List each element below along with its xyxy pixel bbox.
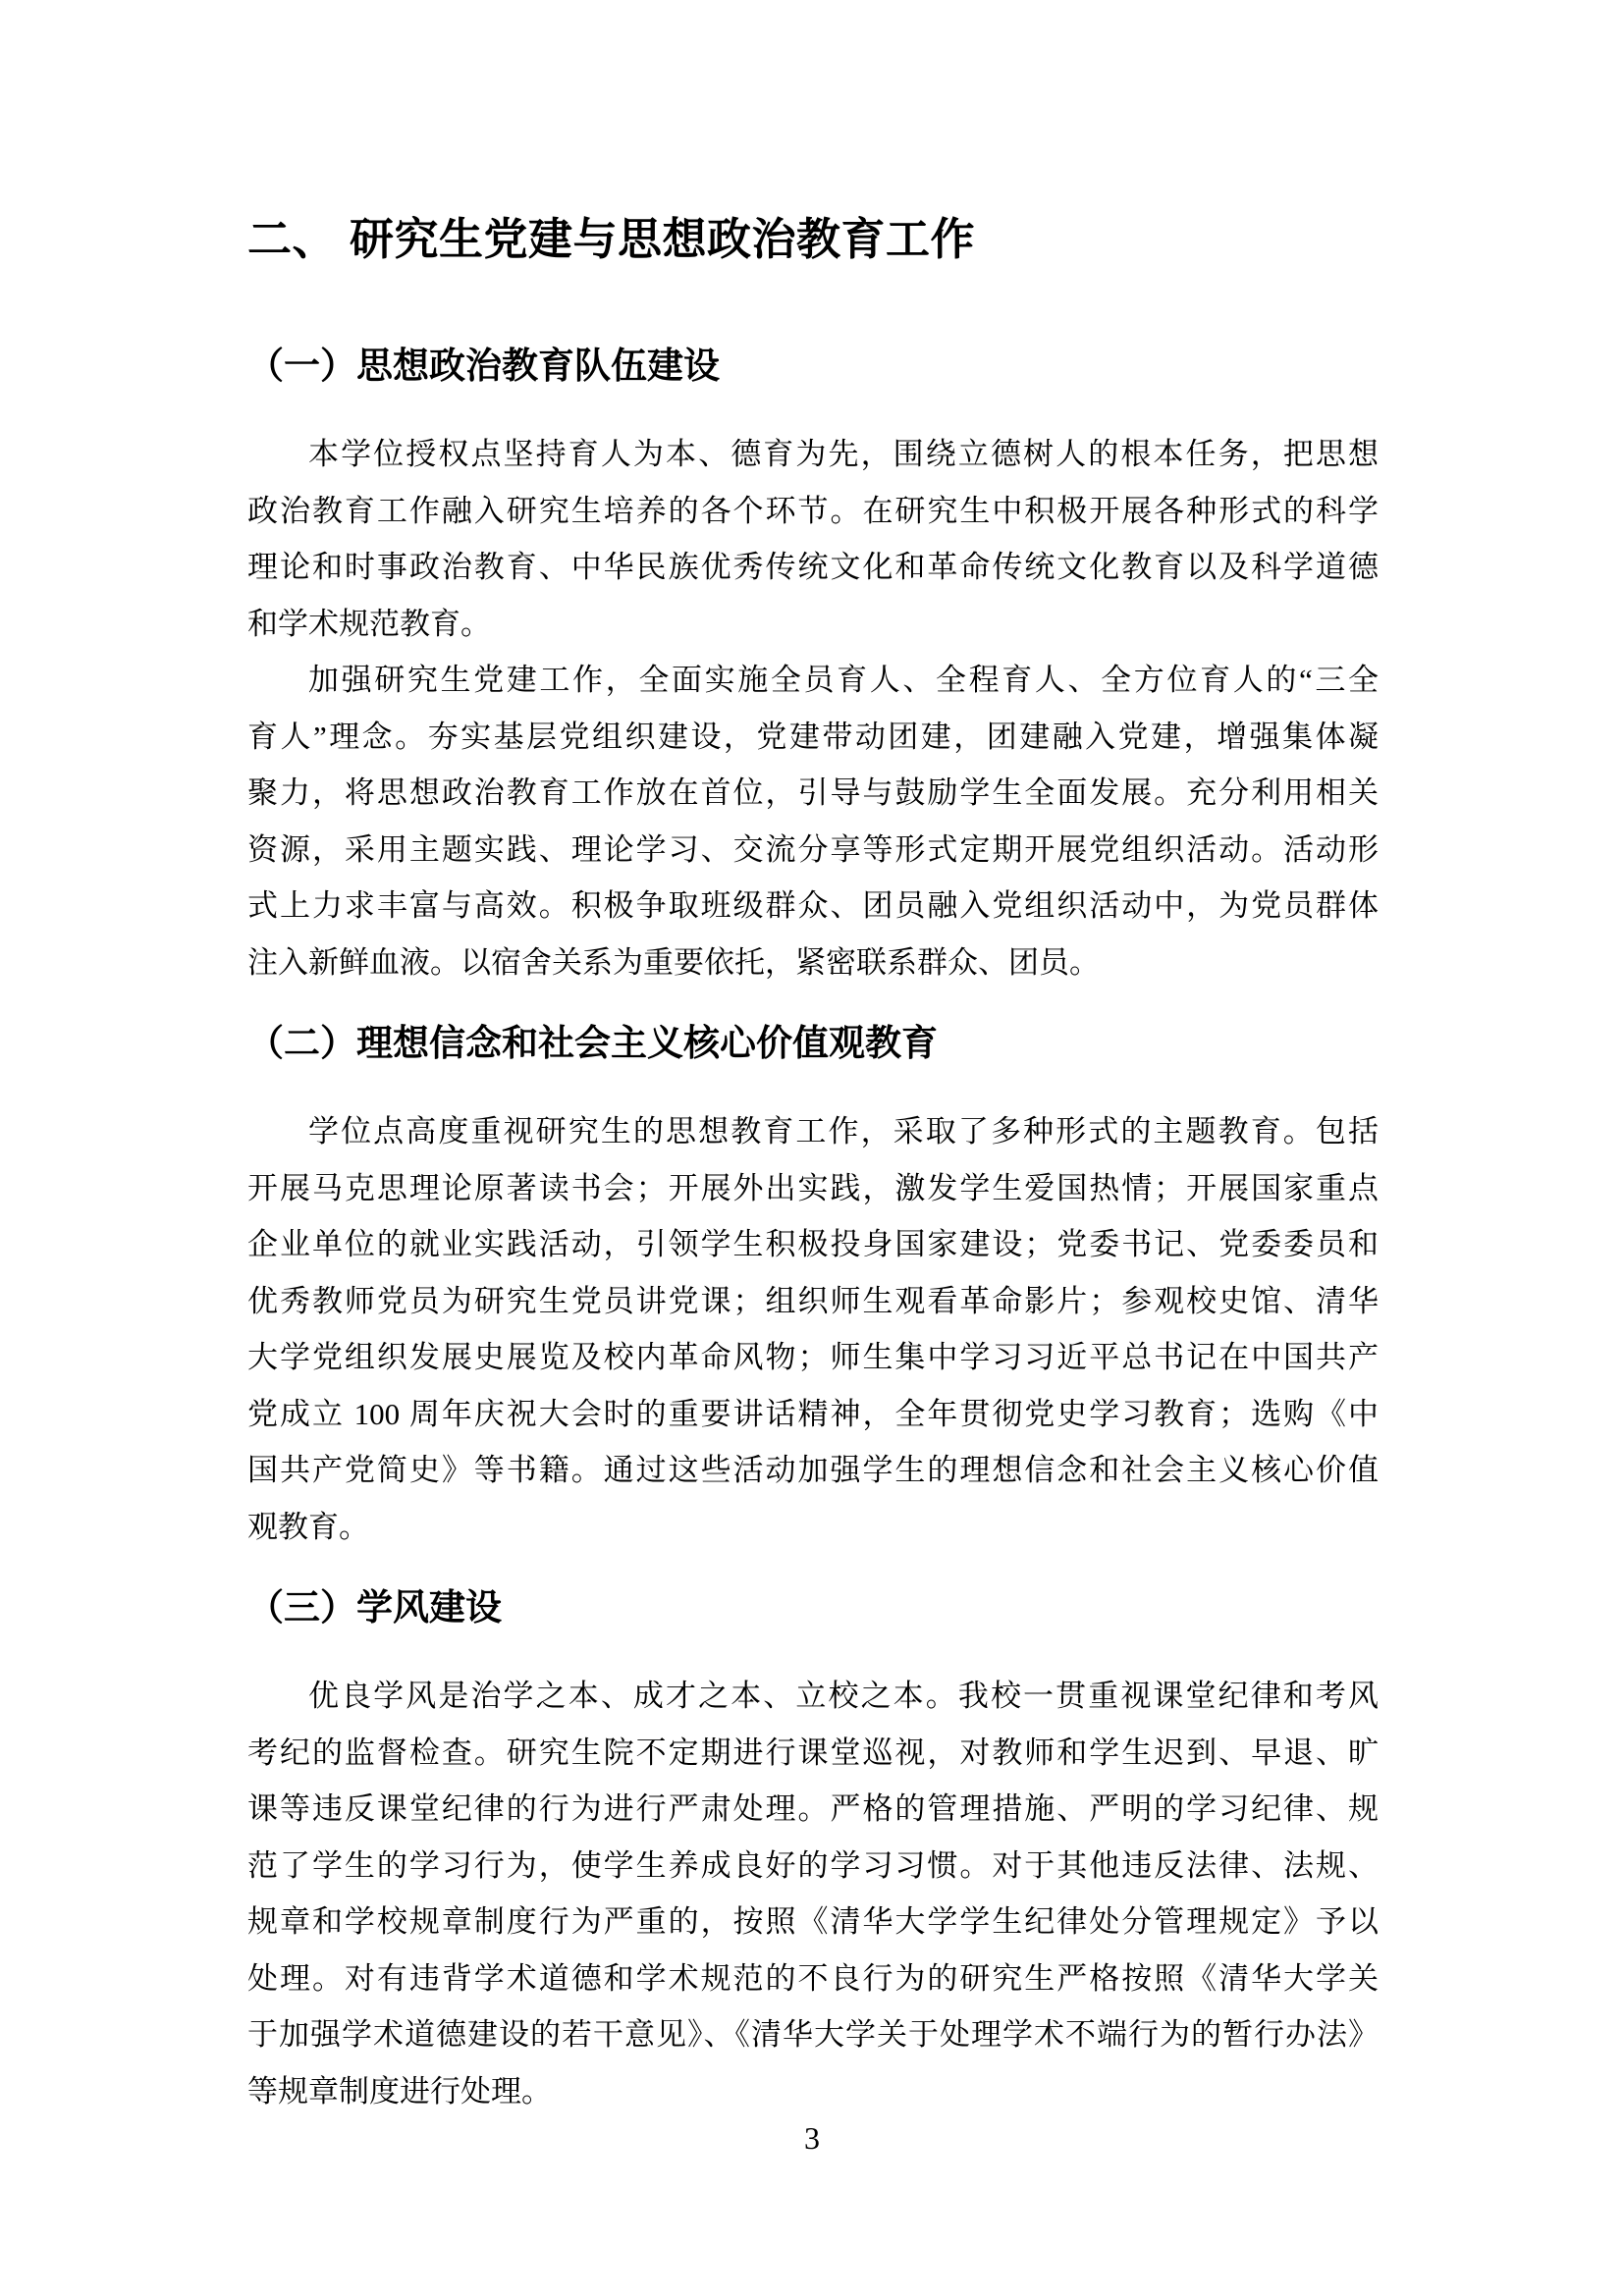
- text-line: 于加强学术道德建设的若干意见》、《清华大学关于处理学术不端行为的暂行办法》: [247, 2006, 1379, 2063]
- page-footer: 3: [0, 2118, 1624, 2158]
- document-title: 二、 研究生党建与思想政治教育工作: [247, 216, 1379, 262]
- text-line: 政治教育工作融入研究生培养的各个环节。在研究生中积极开展各种形式的科学: [247, 483, 1379, 540]
- text-line: 处理。对有违背学术道德和学术规范的不良行为的研究生严格按照《清华大学关: [247, 1950, 1379, 2007]
- text-line: 范了学生的学习行为，使学生养成良好的学习习惯。对于其他违反法律、法规、: [247, 1838, 1379, 1895]
- text-line: 本学位授权点坚持育人为本、德育为先，围绕立德树人的根本任务，把思想: [247, 426, 1379, 483]
- document-page: 二、 研究生党建与思想政治教育工作 （一）思想政治教育队伍建设本学位授权点坚持育…: [0, 0, 1624, 2296]
- text-line: 大学党组织发展史展览及校内革命风物；师生集中学习习近平总书记在中国共产: [247, 1329, 1379, 1386]
- page-number: 3: [804, 2120, 820, 2156]
- text-line: 优秀教师党员为研究生党员讲党课；组织师生观看革命影片；参观校史馆、清华: [247, 1273, 1379, 1330]
- paragraph: 学位点高度重视研究生的思想教育工作，采取了多种形式的主题教育。包括开展马克思理论…: [247, 1103, 1379, 1555]
- text-line: 注入新鲜血液。以宿舍关系为重要依托，紧密联系群众、团员。: [247, 934, 1379, 991]
- text-line: 考纪的监督检查。研究生院不定期进行课堂巡视，对教师和学生迟到、早退、旷: [247, 1725, 1379, 1782]
- text-line: 式上力求丰富与高效。积极争取班级群众、团员融入党组织活动中，为党员群体: [247, 878, 1379, 934]
- text-line: 加强研究生党建工作，全面实施全员育人、全程育人、全方位育人的“三全: [247, 652, 1379, 709]
- text-line: 规章和学校规章制度行为严重的，按照《清华大学学生纪律处分管理规定》予以: [247, 1894, 1379, 1950]
- text-line: 企业单位的就业实践活动，引领学生积极投身国家建设；党委书记、党委委员和: [247, 1216, 1379, 1273]
- paragraph: 加强研究生党建工作，全面实施全员育人、全程育人、全方位育人的“三全育人”理念。夯…: [247, 652, 1379, 990]
- paragraph: 本学位授权点坚持育人为本、德育为先，围绕立德树人的根本任务，把思想政治教育工作融…: [247, 426, 1379, 652]
- section-heading: （二）理想信念和社会主义核心价值观教育: [247, 1024, 1379, 1062]
- text-line: 和学术规范教育。: [247, 596, 1379, 653]
- text-line: 观教育。: [247, 1499, 1379, 1556]
- text-line: 资源，采用主题实践、理论学习、交流分享等形式定期开展党组织活动。活动形: [247, 822, 1379, 879]
- text-line: 国共产党简史》等书籍。通过这些活动加强学生的理想信念和社会主义核心价值: [247, 1442, 1379, 1499]
- text-line: 学位点高度重视研究生的思想教育工作，采取了多种形式的主题教育。包括: [247, 1103, 1379, 1160]
- text-line: 等规章制度进行处理。: [247, 2063, 1379, 2120]
- text-line: 优良学风是治学之本、成才之本、立校之本。我校一贯重视课堂纪律和考风: [247, 1668, 1379, 1725]
- document-body: （一）思想政治教育队伍建设本学位授权点坚持育人为本、德育为先，围绕立德树人的根本…: [247, 347, 1379, 2119]
- paragraph: 优良学风是治学之本、成才之本、立校之本。我校一贯重视课堂纪律和考风考纪的监督检查…: [247, 1668, 1379, 2119]
- text-line: 理论和时事政治教育、中华民族优秀传统文化和革命传统文化教育以及科学道德: [247, 539, 1379, 596]
- text-line: 育人”理念。夯实基层党组织建设，党建带动团建，团建融入党建，增强集体凝: [247, 709, 1379, 766]
- section-heading: （三）学风建设: [247, 1588, 1379, 1627]
- text-line: 聚力，将思想政治教育工作放在首位，引导与鼓励学生全面发展。充分利用相关: [247, 765, 1379, 822]
- text-line: 党成立 100 周年庆祝大会时的重要讲话精神，全年贯彻党史学习教育；选购《中: [247, 1386, 1379, 1443]
- text-line: 课等违反课堂纪律的行为进行严肃处理。严格的管理措施、严明的学习纪律、规: [247, 1781, 1379, 1838]
- section-heading: （一）思想政治教育队伍建设: [247, 347, 1379, 385]
- text-line: 开展马克思理论原著读书会；开展外出实践，激发学生爱国热情；开展国家重点: [247, 1160, 1379, 1217]
